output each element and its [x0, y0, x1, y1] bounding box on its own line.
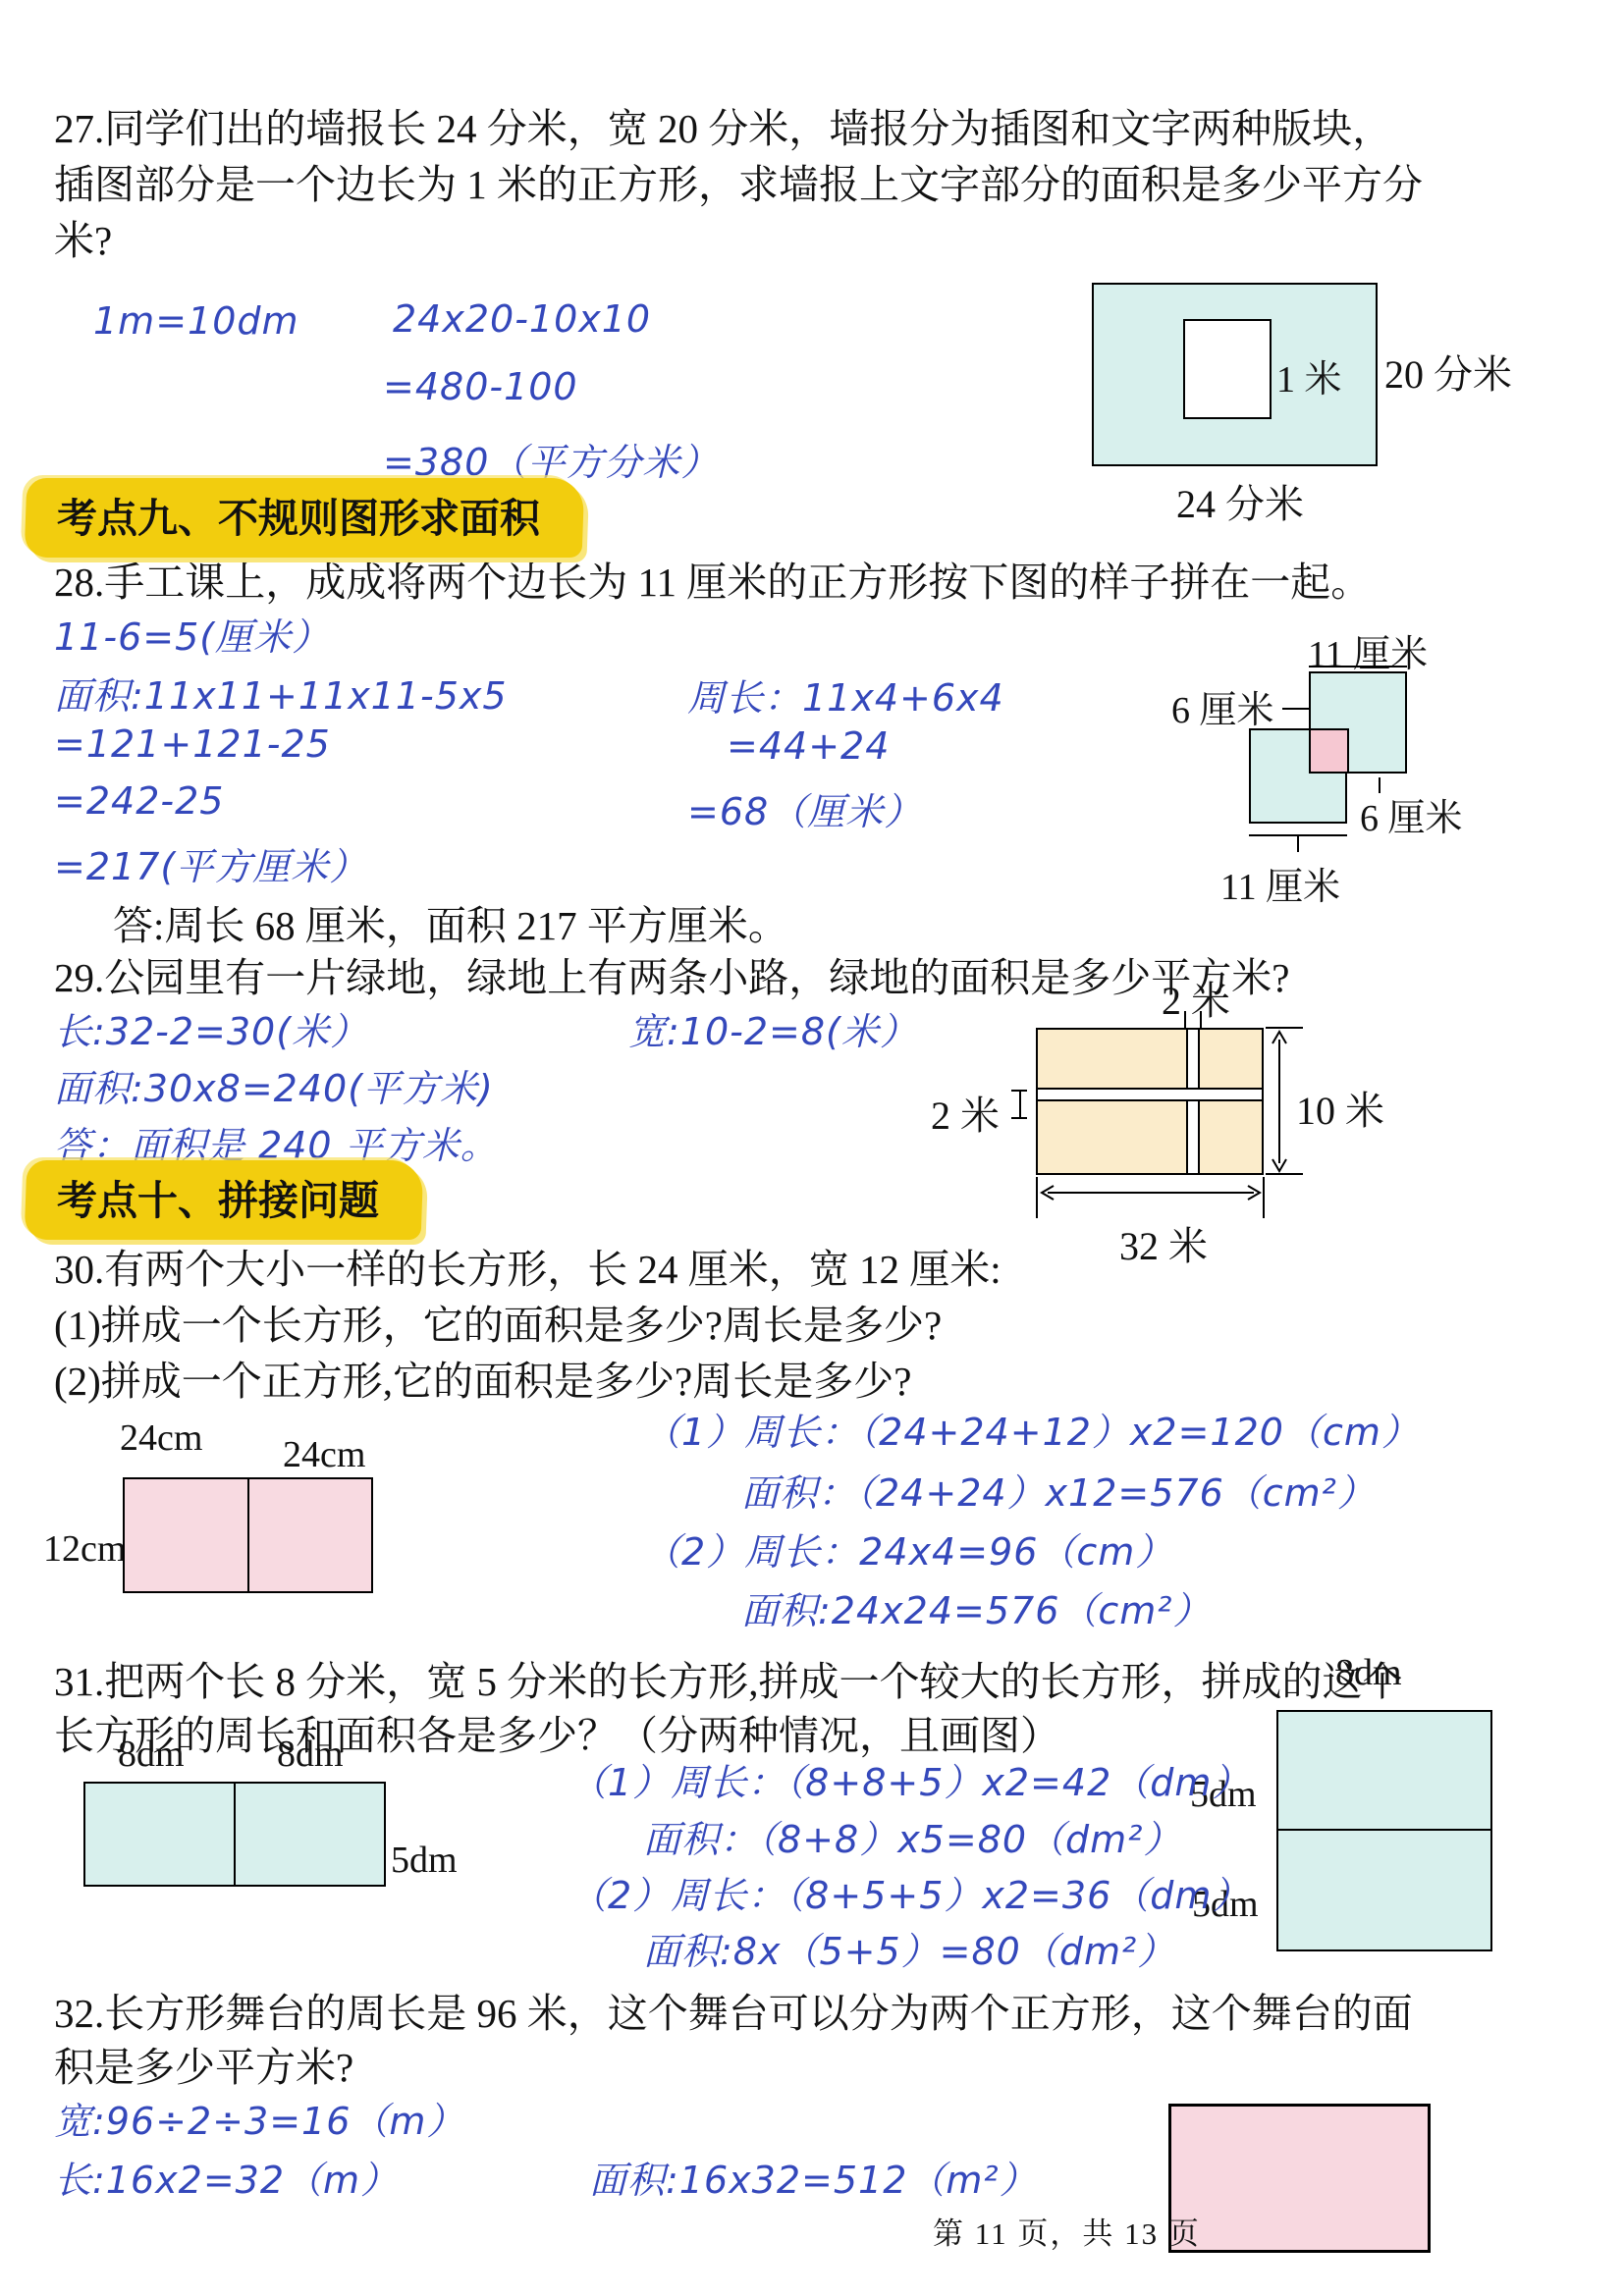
p30-divider-line [247, 1479, 249, 1591]
p29-left-bracket-stem [1019, 1090, 1021, 1119]
p29-work-area: 面积:30x8=240(平方米) [54, 1058, 494, 1112]
worksheet-page: 27.同学们出的墙报长 24 分米，宽 20 分米，墙报分为插图和文字两种版块，… [0, 0, 1624, 2296]
p30-work-perimeter2: （2）周长：24x4=96（cm） [643, 1522, 1173, 1575]
p28-work-area-result: =217(平方厘米） [54, 836, 367, 890]
p29-bottom-bar-right [1263, 1177, 1265, 1218]
p29-horizontal-path [1038, 1088, 1262, 1101]
p29-height-arrow [1269, 1030, 1290, 1173]
p31-work-area2: 面积:8x（5+5）=80（dm²） [643, 1921, 1175, 1975]
section-heading-nine: 考点九、不规则图形求面积 [39, 480, 573, 554]
p31-left-diagram-top-label-1: 8dm [118, 1733, 185, 1776]
p32-text-line2: 积是多少平方米? [54, 2035, 353, 2093]
p29-lawn-rectangle [1036, 1028, 1264, 1175]
p31-work-area1: 面积：（8+8）x5=80（dm²） [643, 1809, 1181, 1863]
p29-left-bracket-bottom [1011, 1117, 1027, 1119]
p29-width-label: 32 米 [1119, 1215, 1208, 1271]
p27-square-label: 1 米 [1276, 348, 1342, 402]
p28-text: 28.手工课上，成成将两个边长为 11 厘米的正方形按下图的样子拼在一起。 [54, 550, 1371, 608]
p31-work-perimeter2: （2）周长：（8+5+5）x2=36（dm） [569, 1865, 1250, 1919]
p29-bottom-bar-left [1036, 1177, 1038, 1218]
p27-work-step1: =480-100 [383, 365, 578, 408]
p29-top-bracket-left [1184, 1011, 1186, 1028]
p28-bottom-side-label: 11 厘米 [1220, 856, 1340, 910]
p32-text-line1: 32.长方形舞台的周长是 96 米，这个舞台可以分为两个正方形，这个舞台的面 [54, 1981, 1413, 2039]
p28-left-tick [1282, 708, 1309, 710]
p27-width-label: 20 分米 [1384, 344, 1512, 400]
p28-overlap-square [1309, 728, 1349, 774]
p31-right-diagram-divider [1278, 1829, 1490, 1831]
p31-left-diagram-divider [234, 1784, 236, 1885]
section-heading-ten: 考点十、拼接问题 [39, 1162, 412, 1236]
p27-text-line2: 插图部分是一个边长为 1 米的正方形，求墙报上文字部分的面积是多少平方分 [54, 152, 1423, 210]
p32-work-width: 宽:96÷2÷3=16（m） [54, 2091, 464, 2145]
p28-left-side-label: 6 厘米 [1171, 679, 1274, 733]
p31-right-diagram-rectangle [1276, 1710, 1492, 1951]
p31-work-perimeter1: （1）周长：（8+8+5）x2=42（dm） [569, 1752, 1250, 1806]
p29-top-bracket-right [1200, 1011, 1202, 1028]
p28-top-side-label: 11 厘米 [1308, 623, 1428, 677]
p28-work-area-expr: 面积:11x11+11x11-5x5 [54, 666, 508, 720]
p30-text-line3: (2)拼成一个正方形,它的面积是多少?周长是多少? [54, 1349, 911, 1407]
p28-work-area-step1: =121+121-25 [54, 722, 331, 766]
p30-left-label: 12cm [43, 1527, 126, 1571]
p27-work-expression: 24x20-10x10 [393, 297, 651, 341]
p28-top-bracket-line [1309, 666, 1407, 667]
p29-vertical-path [1186, 1030, 1200, 1173]
p28-work-perimeter-step: =44+24 [727, 724, 890, 768]
p27-illustration-square [1183, 319, 1272, 419]
p30-work-area1: 面积：（24+24）x12=576（cm²） [741, 1463, 1376, 1517]
p28-right-side-label: 6 厘米 [1360, 787, 1463, 841]
p29-work-length: 长:32-2=30(米） [54, 1001, 368, 1055]
p31-left-diagram-side-label: 5dm [391, 1839, 458, 1882]
p32-stage-rectangle [1168, 2104, 1431, 2253]
p31-left-diagram-rectangle [83, 1782, 386, 1887]
p29-width-arrow [1040, 1182, 1262, 1203]
p29-text: 29.公园里有一片绿地，绿地上有两条小路，绿地的面积是多少平方米? [54, 945, 1289, 1003]
p29-right-tick-bottom [1266, 1173, 1303, 1175]
p30-joined-rectangle [123, 1477, 373, 1593]
p27-text-line3: 米? [54, 208, 112, 266]
p30-text-line2: (1)拼成一个长方形，它的面积是多少?周长是多少? [54, 1293, 942, 1351]
p30-top-label-2: 24cm [283, 1433, 365, 1476]
p30-text-line1: 30.有两个大小一样的长方形，长 24 厘米，宽 12 厘米: [54, 1237, 1001, 1295]
p30-work-area2: 面积:24x24=576（cm²） [741, 1580, 1212, 1634]
p27-length-label: 24 分米 [1176, 473, 1304, 529]
p28-work-area-step2: =242-25 [54, 779, 224, 823]
p29-path-left-label: 2 米 [931, 1085, 1000, 1141]
p27-text-line1: 27.同学们出的墙报长 24 分米，宽 20 分米，墙报分为插图和文字两种版块， [54, 96, 1392, 154]
p31-left-diagram-top-label-2: 8dm [277, 1733, 344, 1776]
p28-work-perimeter-expr: 周长：11x4+6x4 [687, 667, 1004, 721]
p27-work-conversion: 1m=10dm [93, 299, 299, 343]
p29-right-tick-top [1266, 1027, 1303, 1029]
p32-work-area: 面积:16x32=512（m²） [589, 2150, 1038, 2204]
page-number-footer: 第 11 页，共 13 页 [933, 2209, 1201, 2253]
p30-work-perimeter1: （1）周长：（24+24+12）x2=120（cm） [643, 1402, 1420, 1456]
p30-top-label-1: 24cm [120, 1416, 202, 1460]
p28-answer: 答:周长 68 厘米，面积 217 平方厘米。 [113, 893, 788, 951]
p31-text-line1: 31.把两个长 8 分米，宽 5 分米的长方形,拼成一个较大的长方形，拼成的这个 [54, 1649, 1403, 1707]
p32-work-length: 长:16x2=32（m） [54, 2150, 399, 2204]
p29-path-top-label: 2 米 [1162, 970, 1230, 1026]
p28-bottom-tick [1297, 834, 1299, 852]
p29-height-label: 10 米 [1296, 1080, 1384, 1136]
p28-work-perimeter-result: =68（厘米） [687, 781, 922, 835]
p29-left-bracket-top [1011, 1090, 1027, 1092]
p31-right-diagram-top-label: 8dm [1335, 1651, 1402, 1694]
p29-work-width: 宽:10-2=8(米） [628, 1001, 918, 1055]
p28-work-diff: 11-6=5(厘米） [54, 607, 330, 661]
